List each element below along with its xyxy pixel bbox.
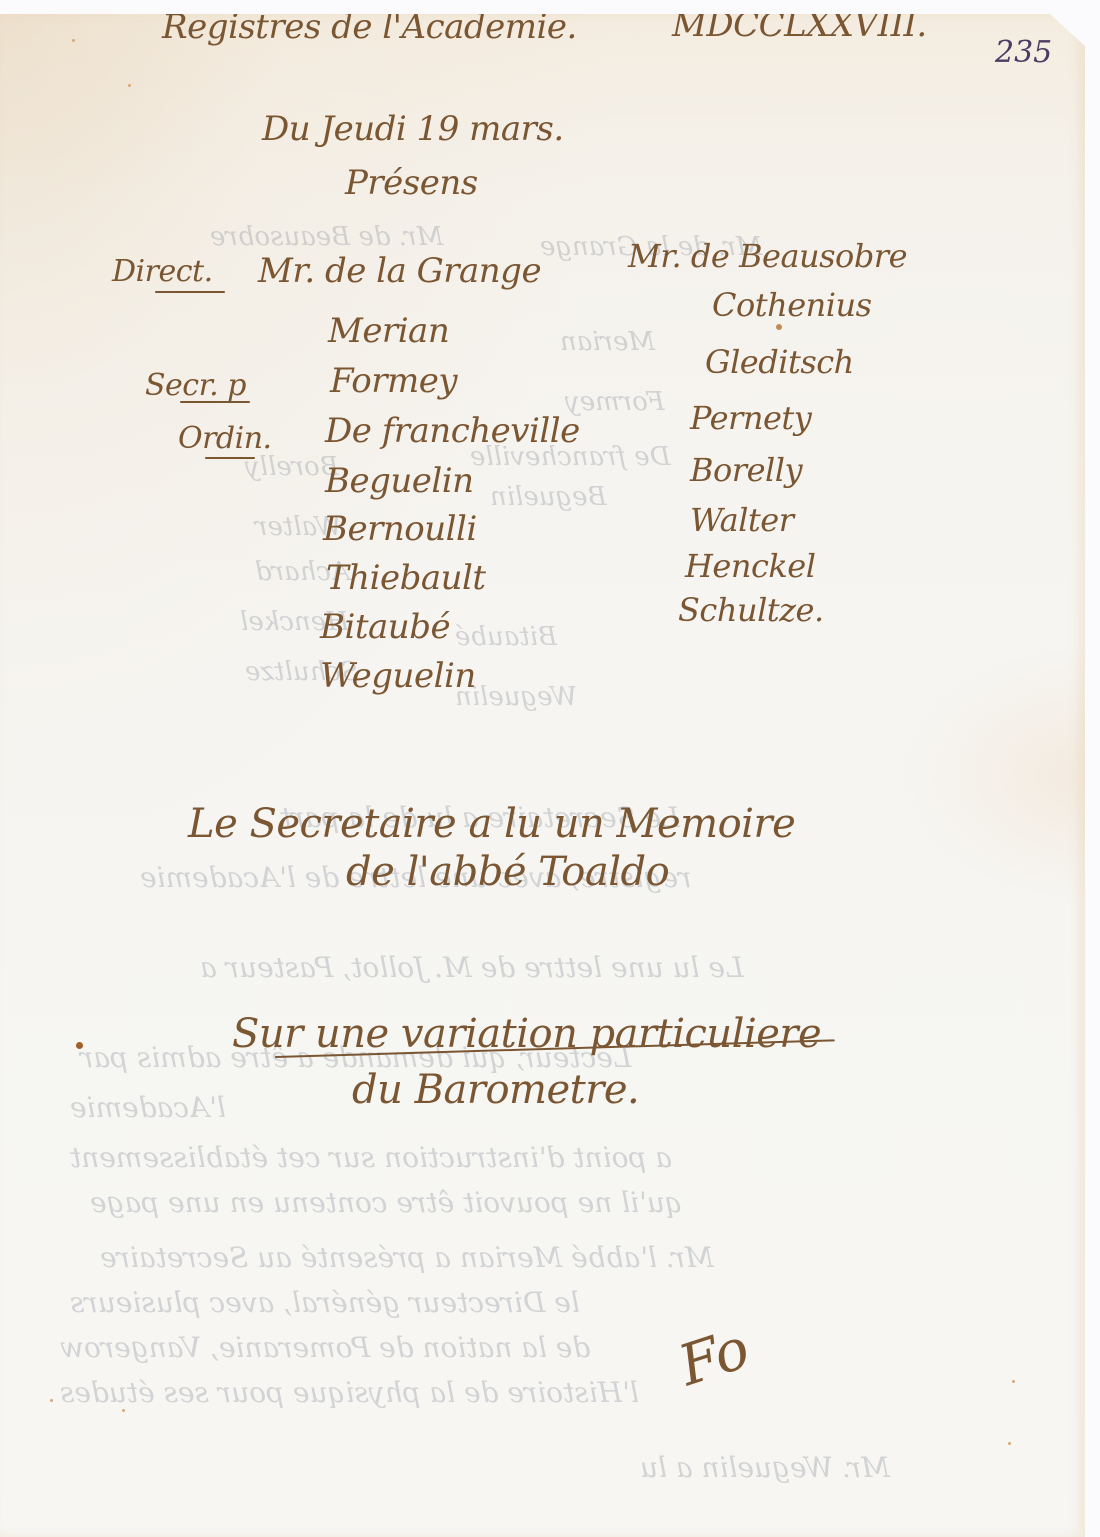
paper-speck: [122, 1409, 125, 1412]
memoir-title: du Barometre.: [352, 1070, 639, 1110]
paper-speck: [72, 39, 75, 42]
attendee-left: De francheville: [325, 414, 580, 448]
paper-speck: [1012, 1380, 1015, 1383]
register-title: Registres de l'Academie.: [162, 10, 577, 44]
bleed-through-text: le Directeur général, avec plusieurs: [70, 1289, 580, 1317]
attendee-left: Beguelin: [325, 464, 474, 498]
role-ordinary-underline: [205, 457, 255, 459]
attendee-right: Borelly: [690, 454, 802, 486]
bleed-through-text: Le lu une lettre de M. Jollot, Pasteur a: [200, 954, 744, 982]
paper-speck: [50, 1399, 53, 1402]
bleed-through-text: Mr. de Beausobre: [210, 224, 443, 250]
ink-stain: [776, 324, 782, 330]
paper-speck: [128, 84, 131, 87]
manuscript-page: Mr. de Beausobre Mr. de la Grange Merian…: [0, 14, 1085, 1537]
document-viewer: Mr. de Beausobre Mr. de la Grange Merian…: [0, 0, 1100, 1537]
present-heading: Présens: [345, 166, 478, 200]
session-date: Du Jeudi 19 mars.: [262, 112, 564, 146]
attendee-left: Formey: [330, 364, 457, 398]
bleed-through-text: de la nation de Pomeranie, Vangerow: [60, 1334, 590, 1362]
attendee-left: Mr. de la Grange: [258, 254, 541, 288]
paper-speck: [1008, 1442, 1011, 1445]
bleed-through-text: Mr. l'abbé Merian a présenté au Secretai…: [100, 1244, 714, 1272]
role-secretary-underline: [180, 401, 250, 403]
attendee-left: Merian: [328, 314, 449, 348]
bleed-through-text: Mr. Weguelin a lu: [640, 1454, 890, 1482]
attendee-right: Schultze.: [678, 594, 824, 626]
ink-stain: [76, 1042, 83, 1049]
role-ordinary: Ordin.: [178, 424, 272, 454]
bleed-through-text: Bitaubé: [455, 624, 557, 650]
page-number: 235: [995, 38, 1052, 68]
bleed-through-text: Merian: [560, 329, 655, 355]
year-roman-numeral: MDCCLXXVIII.: [672, 8, 927, 42]
attendee-left: Bernoulli: [323, 512, 477, 546]
minutes-line: de l'abbé Toaldo: [346, 852, 669, 892]
attendee-right: Walter: [690, 504, 794, 536]
bleed-through-text: Beguelin: [490, 484, 607, 510]
role-director: Direct.: [112, 257, 213, 287]
minutes-line: Le Secretaire a lu un Memoire: [188, 804, 795, 844]
bleed-through-text: qu'il ne pouvoit être contenu en une pag…: [90, 1189, 683, 1217]
role-director-underline: [155, 291, 225, 293]
attendee-left: Bitaubé: [320, 610, 450, 644]
attendee-right: Henckel: [685, 550, 815, 582]
attendee-right: Gleditsch: [705, 346, 854, 378]
signature-paraph: Fo: [673, 1321, 755, 1395]
bleed-through-text: l'Academie: [70, 1094, 226, 1122]
attendee-right: Pernety: [690, 402, 811, 434]
attendee-right: Mr. de Beausobre: [628, 240, 907, 272]
attendee-left: Thiebault: [326, 561, 486, 595]
bleed-through-text: a point d'instruction sur cet établissem…: [70, 1144, 672, 1172]
bleed-through-text: l'Histoire de la physique pour ses étude…: [60, 1379, 639, 1407]
attendee-left: Weguelin: [320, 659, 476, 693]
role-secretary: Secr. p: [145, 371, 246, 401]
attendee-right: Cothenius: [712, 289, 872, 321]
